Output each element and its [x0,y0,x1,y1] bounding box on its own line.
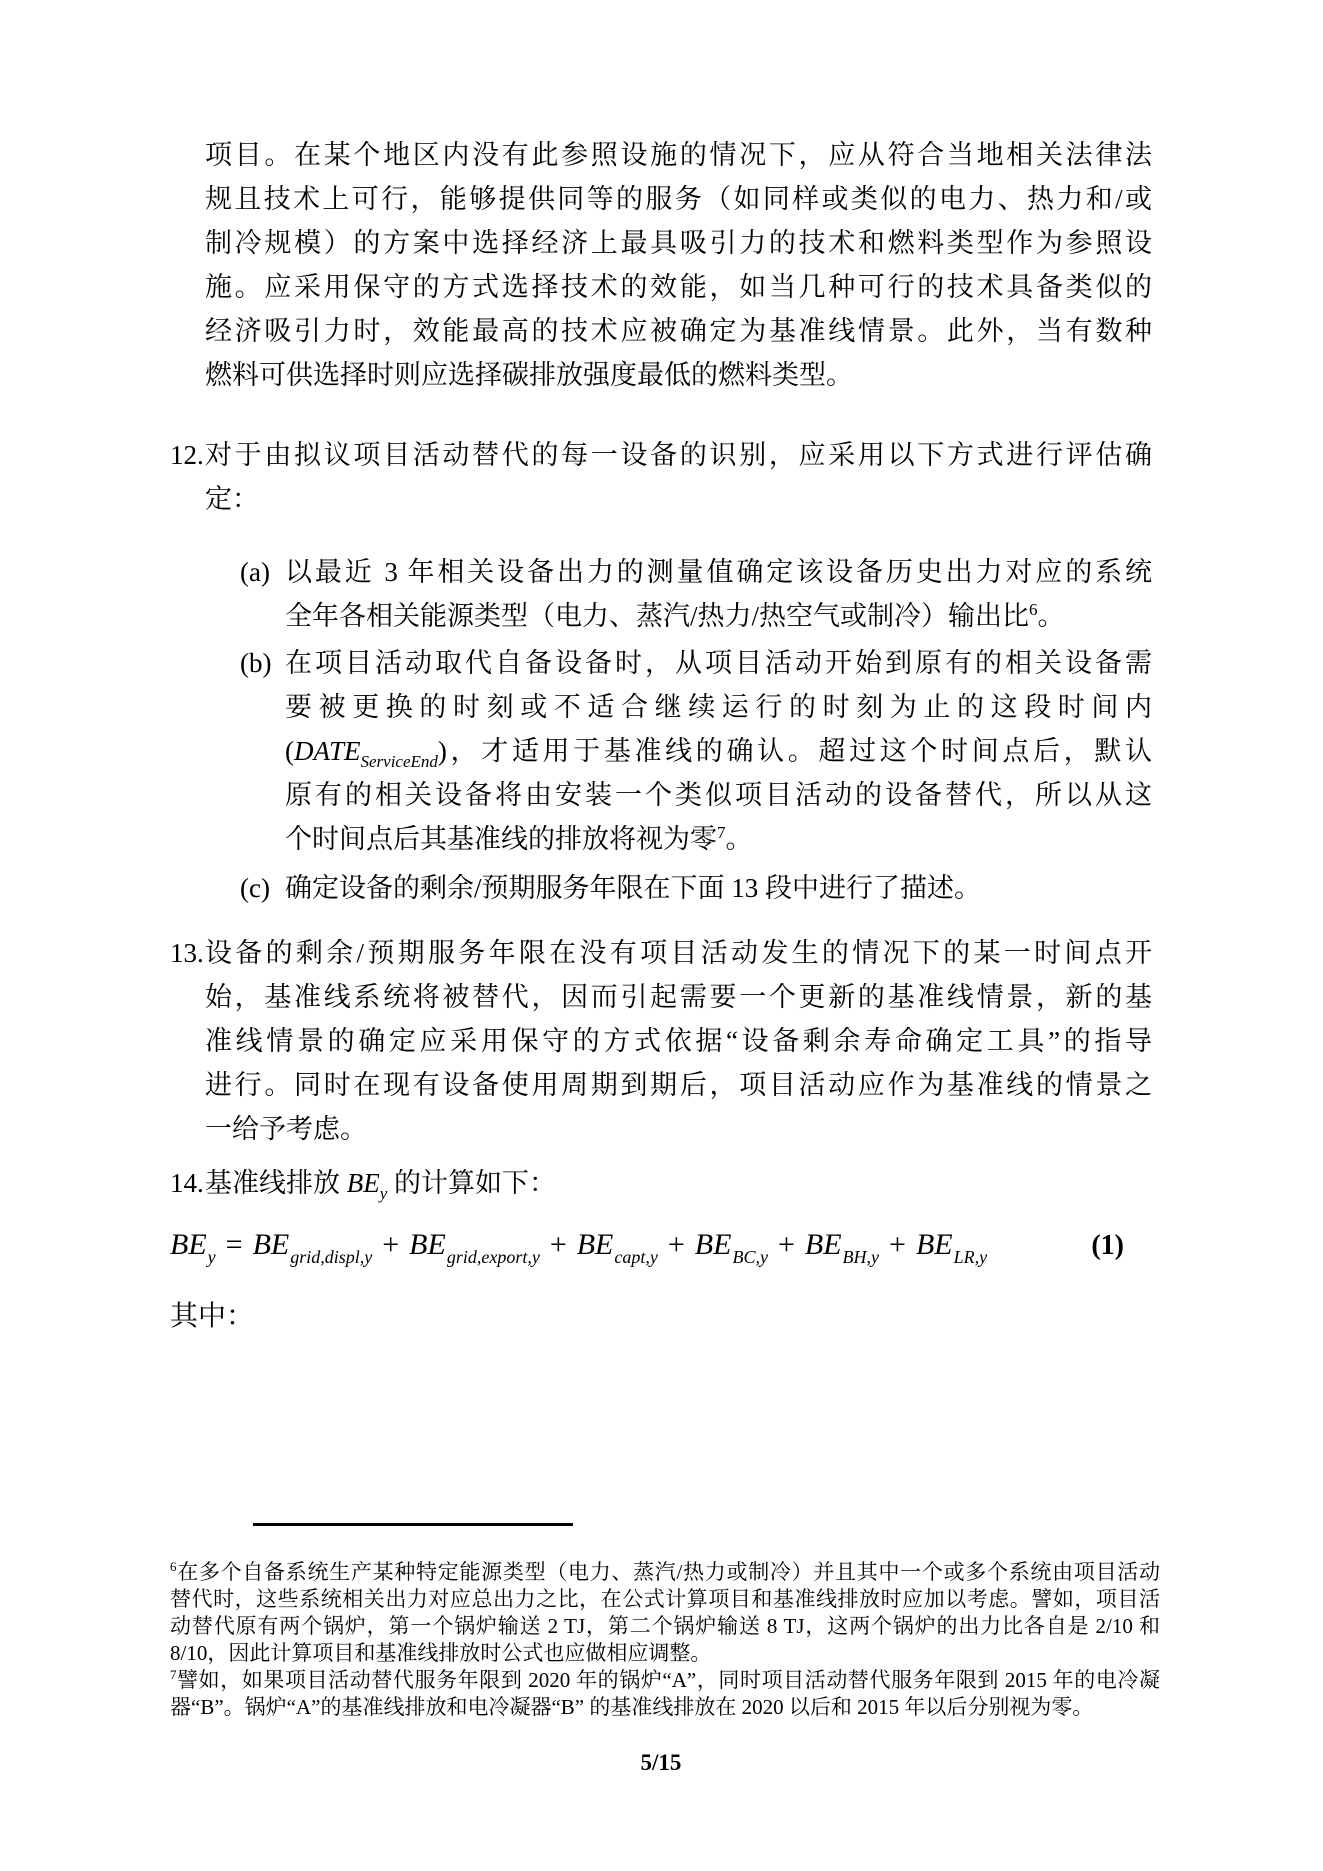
list-marker: 12. [170,433,205,477]
plus-operator: + [668,1228,685,1261]
math-subscript: BH,y [843,1247,879,1267]
math-subscript: y [208,1247,216,1267]
math-subscript: y [380,1184,388,1203]
text-line: 施。应采用保守的方式选择技术的效能，如当几种可行的技术具备类似的 [205,265,1152,309]
math-subscript: BC,y [732,1247,768,1267]
document-page: 项目。在某个地区内没有此参照设施的情况下，应从符合当地相关法律法 规且技术上可行… [0,0,1323,1871]
math-subscript: grid,export,y [447,1247,540,1267]
math-variable: BE [805,1228,842,1261]
text-line: 以最近 3 年相关设备出力的测量值确定该设备历史出力对应的系统 [285,550,1152,594]
math-variable: BE [577,1228,614,1261]
text-line: 个时间点后其基准线的排放将视为零7。 [285,817,1152,861]
math-variable: BE [170,1228,207,1261]
text-line: 在项目活动取代自备设备时，从项目活动开始到原有的相关设备需 [285,641,1152,685]
list-item-body: 以最近 3 年相关设备出力的测量值确定该设备历史出力对应的系统 全年各相关能源类… [285,550,1152,638]
footnote-7: 7譬如，如果项目活动替代服务年限到 2020 年的锅炉“A”，同时项目活动替代服… [170,1667,1160,1721]
list-item-body: 在项目活动取代自备设备时，从项目活动开始到原有的相关设备需 要被更换的时刻或不适… [285,641,1152,861]
list-marker: 13. [170,931,205,975]
text-segment: 个时间点后其基准线的排放将视为零 [285,824,717,854]
list-item-14: 14. 基准线排放 BEy 的计算如下： [170,1161,1152,1205]
list-item-12: 12. 对于由拟议项目活动替代的每一设备的识别，应采用以下方式进行评估确 定： [170,433,1152,521]
list-item-c: (c) 确定设备的剩余/预期服务年限在下面 13 段中进行了描述。 [240,866,1152,910]
list-marker: (b) [240,641,285,685]
footnote-6: 6在多个自备系统生产某种特定能源类型（电力、蒸汽/热力或制冷）并且其中一个或多个… [170,1559,1160,1667]
text-segment: 。 [726,824,753,854]
plus-operator: + [778,1228,795,1261]
footnotes: 6在多个自备系统生产某种特定能源类型（电力、蒸汽/热力或制冷）并且其中一个或多个… [170,1559,1160,1721]
text-line: 准线情景的确定应采用保守的方式依据“设备剩余寿命确定工具”的指导 [205,1019,1152,1063]
text-line: 项目。在某个地区内没有此参照设施的情况下，应从符合当地相关法律法 [205,133,1152,177]
plus-operator: + [889,1228,906,1261]
text-segment: 的计算如下： [387,1168,556,1198]
text-line: 动替代原有两个锅炉，第一个锅炉输送 2 TJ，第二个锅炉输送 8 TJ，这两个锅… [170,1613,1160,1640]
text-segment: 基准线排放 [205,1168,347,1198]
text-line: 定： [205,477,1152,521]
math-subscript: LR,y [954,1247,988,1267]
text-segment: 全年各相关能源类型（电力、蒸汽/热力/热空气或制冷）输出比 [285,601,1029,631]
text-line: (DATEServiceEnd)，才适用于基准线的确认。超过这个时间点后，默认 [285,729,1152,773]
list-item-b: (b) 在项目活动取代自备设备时，从项目活动开始到原有的相关设备需 要被更换的时… [240,641,1152,861]
math-subscript: capt,y [614,1247,657,1267]
text-line: 进行。同时在现有设备使用周期到期后，项目活动应作为基准线的情景之 [205,1063,1152,1107]
plus-operator: + [550,1228,567,1261]
list-item-13: 13. 设备的剩余/预期服务年限在没有项目活动发生的情况下的某一时间点开 始，基… [170,931,1152,1151]
equation-1: BEy=BEgrid,displ,y+BEgrid,export,y+BEcap… [170,1223,1152,1268]
math-subscript: ServiceEnd [361,752,438,771]
footnote-ref-7: 7 [717,823,726,842]
text-line: 始，基准线系统将被替代，因而引起需要一个更新的基准线情景，新的基 [205,975,1152,1019]
text-segment: 譬如，如果项目活动替代服务年限到 2020 年的锅炉“A”，同时项目活动替代服务… [177,1668,1161,1692]
text-line: 对于由拟议项目活动替代的每一设备的识别，应采用以下方式进行评估确 [205,433,1152,477]
paragraph-intro: 项目。在某个地区内没有此参照设施的情况下，应从符合当地相关法律法 规且技术上可行… [205,133,1152,397]
text-line: 经济吸引力时，效能最高的技术应被确定为基准线情景。此外，当有数种 [205,309,1152,353]
text-line: 替代时，这些系统相关出力对应总出力之比，在公式计算项目和基准线排放时应加以考虑。… [170,1586,1160,1613]
text-segment: )，才适用于基准线的确认。超过这个时间点后，默认 [438,736,1152,766]
text-line: 要被更换的时刻或不适合继续运行的时刻为止的这段时间内 [285,685,1152,729]
math-subscript: grid,displ,y [290,1247,372,1267]
where-label: 其中： [170,1295,1152,1339]
text-line: 全年各相关能源类型（电力、蒸汽/热力/热空气或制冷）输出比6。 [285,594,1152,638]
list-item-body: 设备的剩余/预期服务年限在没有项目活动发生的情况下的某一时间点开 始，基准线系统… [205,931,1152,1151]
text-line: 一给予考虑。 [205,1107,1152,1151]
text-line: 制冷规模）的方案中选择经济上最具吸引力的技术和燃料类型作为参照设 [205,221,1152,265]
text-line: 确定设备的剩余/预期服务年限在下面 13 段中进行了描述。 [285,866,1152,910]
plus-operator: + [382,1228,399,1261]
text-line: 规且技术上可行，能够提供同等的服务（如同样或类似的电力、热力和/或 [205,177,1152,221]
text-segment: 在多个自备系统生产某种特定能源类型（电力、蒸汽/热力或制冷）并且其中一个或多个系… [177,1560,1161,1584]
math-variable: BE [253,1228,290,1261]
page-number: 5/15 [170,1749,1152,1776]
text-line: 原有的相关设备将由安装一个类似项目活动的设备替代，所以从这 [285,773,1152,817]
equation-body: BEy=BEgrid,displ,y+BEgrid,export,y+BEcap… [170,1223,987,1267]
math-variable: BE [347,1168,380,1198]
math-variable: BE [916,1228,953,1261]
text-line: 7譬如，如果项目活动替代服务年限到 2020 年的锅炉“A”，同时项目活动替代服… [170,1667,1160,1694]
list-item-body: 确定设备的剩余/预期服务年限在下面 13 段中进行了描述。 [285,866,1152,910]
text-line: 器“B”。锅炉“A”的基准线排放和电冷凝器“B” 的基准线排放在 2020 以后… [170,1694,1160,1721]
footnote-separator [253,1523,573,1526]
text-line: 6在多个自备系统生产某种特定能源类型（电力、蒸汽/热力或制冷）并且其中一个或多个… [170,1559,1160,1586]
text-line: 8/10，因此计算项目和基准线排放时公式也应做相应调整。 [170,1640,1160,1667]
list-item-a: (a) 以最近 3 年相关设备出力的测量值确定该设备历史出力对应的系统 全年各相… [240,550,1152,638]
math-variable: BE [409,1228,446,1261]
list-item-body: 基准线排放 BEy 的计算如下： [205,1161,1152,1205]
list-item-body: 对于由拟议项目活动替代的每一设备的识别，应采用以下方式进行评估确 定： [205,433,1152,521]
list-marker: (c) [240,866,285,910]
text-line: 燃料可供选择时则应选择碳排放强度最低的燃料类型。 [205,353,1152,397]
text-line: 基准线排放 BEy 的计算如下： [205,1161,1152,1205]
text-segment: 。 [1038,601,1065,631]
equals-operator: = [226,1228,243,1261]
text-line: 设备的剩余/预期服务年限在没有项目活动发生的情况下的某一时间点开 [205,931,1152,975]
math-variable: BE [695,1228,732,1261]
equation-number: (1) [1091,1224,1152,1268]
list-marker: 14. [170,1161,205,1205]
text-segment: ( [285,736,294,766]
math-variable: DATE [294,736,361,766]
footnote-ref-6: 6 [1029,600,1038,619]
list-marker: (a) [240,550,285,594]
